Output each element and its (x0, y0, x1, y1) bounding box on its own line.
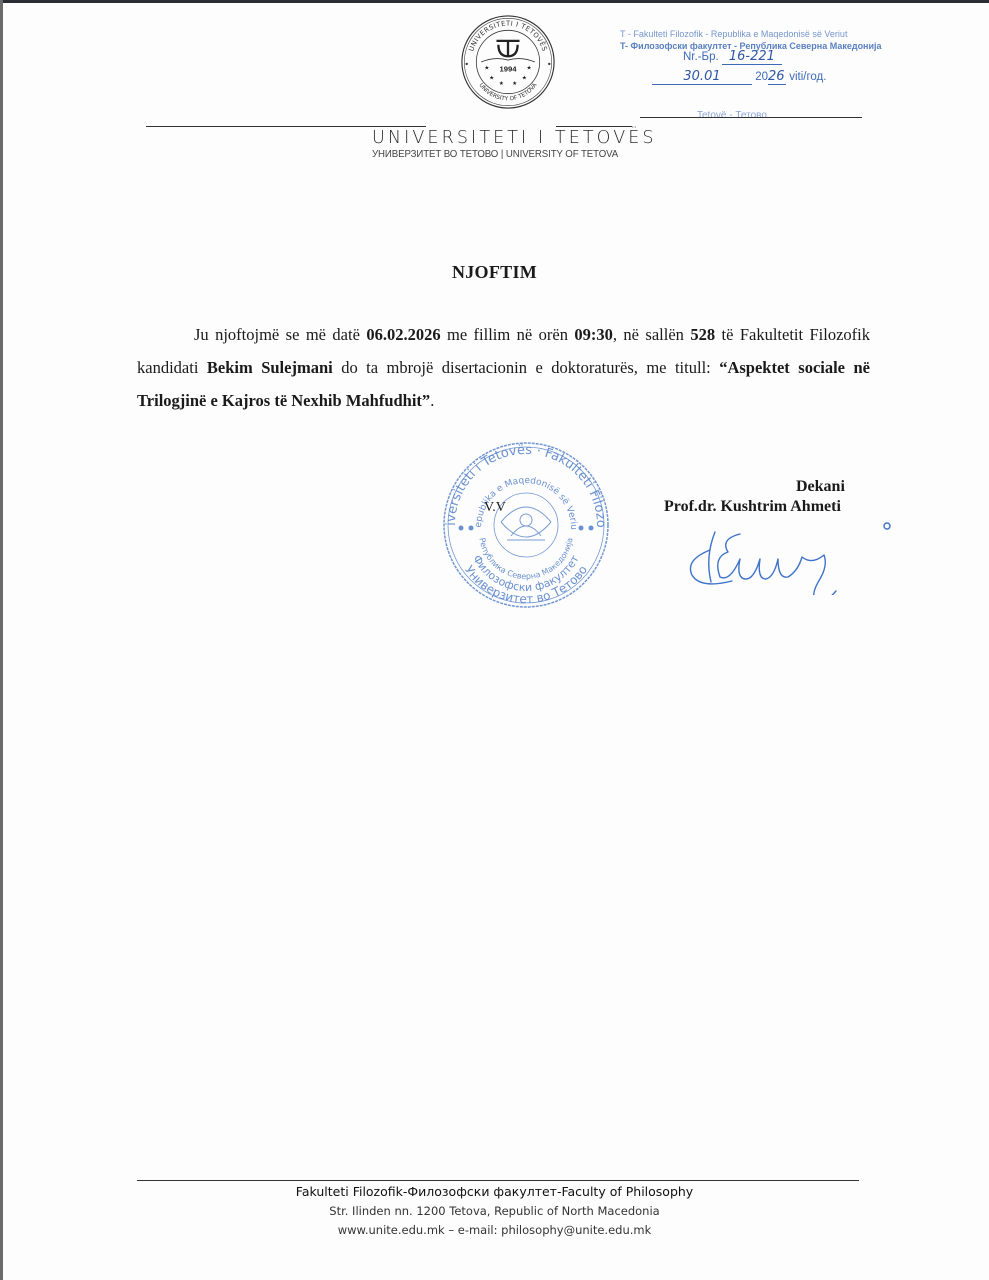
registry-rule (640, 117, 862, 118)
footer-contact: www.unite.edu.mk – e-mail: philosophy@un… (0, 1223, 989, 1237)
signatory-role: Dekani (796, 478, 845, 496)
signatory-name: Prof.dr. Kushtrim Ahmeti (664, 498, 841, 516)
svg-text:★: ★ (484, 65, 489, 72)
registry-place: Tetovë - Тетово (697, 110, 767, 121)
footer-faculty-name: Fakulteti Filozofik-Филозофски факултет-… (0, 1184, 989, 1199)
university-subtitle: УНИВЕРЗИТЕТ ВО ТЕТОВО | UNIVERSITY OF TE… (372, 148, 613, 160)
defense-room: 528 (690, 325, 715, 344)
registry-stamp-line1: T - Fakulteti Filozofik - Republika e Ma… (620, 28, 885, 40)
registry-year-suffix: viti/год. (789, 71, 826, 83)
svg-text:★: ★ (489, 74, 494, 81)
document-title: NJOFTIM (0, 262, 989, 283)
text: Ju njoftojmë se më datë (194, 325, 366, 344)
header-rule-left (146, 126, 426, 127)
svg-text:★: ★ (522, 74, 527, 81)
handwritten-signature-icon (680, 520, 895, 595)
text: do ta mbrojë disertacionin e doktoraturë… (333, 358, 720, 377)
footer-rule (137, 1180, 859, 1181)
svg-text:★: ★ (512, 80, 517, 87)
vv-label: V.V (484, 500, 506, 516)
scan-edge-left (0, 0, 3, 1280)
svg-text:★: ★ (527, 65, 532, 72)
svg-text:★: ★ (499, 80, 504, 87)
registry-date: 30.01 2026 viti/год. (652, 69, 826, 85)
registry-number-label: Nr.-Бр. (683, 51, 719, 63)
registry-year-value: 26 (768, 69, 786, 85)
footer-address: Str. Ilinden nn. 1200 Tetova, Republic o… (0, 1204, 989, 1218)
candidate-name: Bekim Sulejmani (207, 358, 333, 377)
text: , në sallën (613, 325, 690, 344)
logo-year: 1994 (499, 65, 517, 74)
defense-date: 06.02.2026 (366, 325, 440, 344)
university-name: UNIVERSITETI I TETOVËS (372, 128, 634, 148)
registry-year-prefix: 20 (755, 71, 768, 83)
header-rule-right (556, 126, 632, 127)
faculty-seal-icon: Universiteti i Tetovës · Fakulteti Filoz… (441, 440, 611, 610)
defense-time: 09:30 (574, 325, 613, 344)
registry-number-value: 16-221 (722, 49, 782, 65)
text: me fillim në orën (441, 325, 575, 344)
university-seal-icon: UNIVERSITETI I TETOVËS UNIVERSITY OF TET… (460, 14, 556, 110)
registry-date-value: 30.01 (652, 69, 752, 85)
announcement-paragraph: Ju njoftojmë se më datë 06.02.2026 me fi… (137, 318, 870, 417)
scan-edge-top (0, 0, 989, 3)
registry-stamp: T - Fakulteti Filozofik - Republika e Ma… (620, 28, 885, 52)
registry-number: Nr.-Бр. 16-221 (683, 49, 782, 65)
text: . (430, 391, 434, 410)
